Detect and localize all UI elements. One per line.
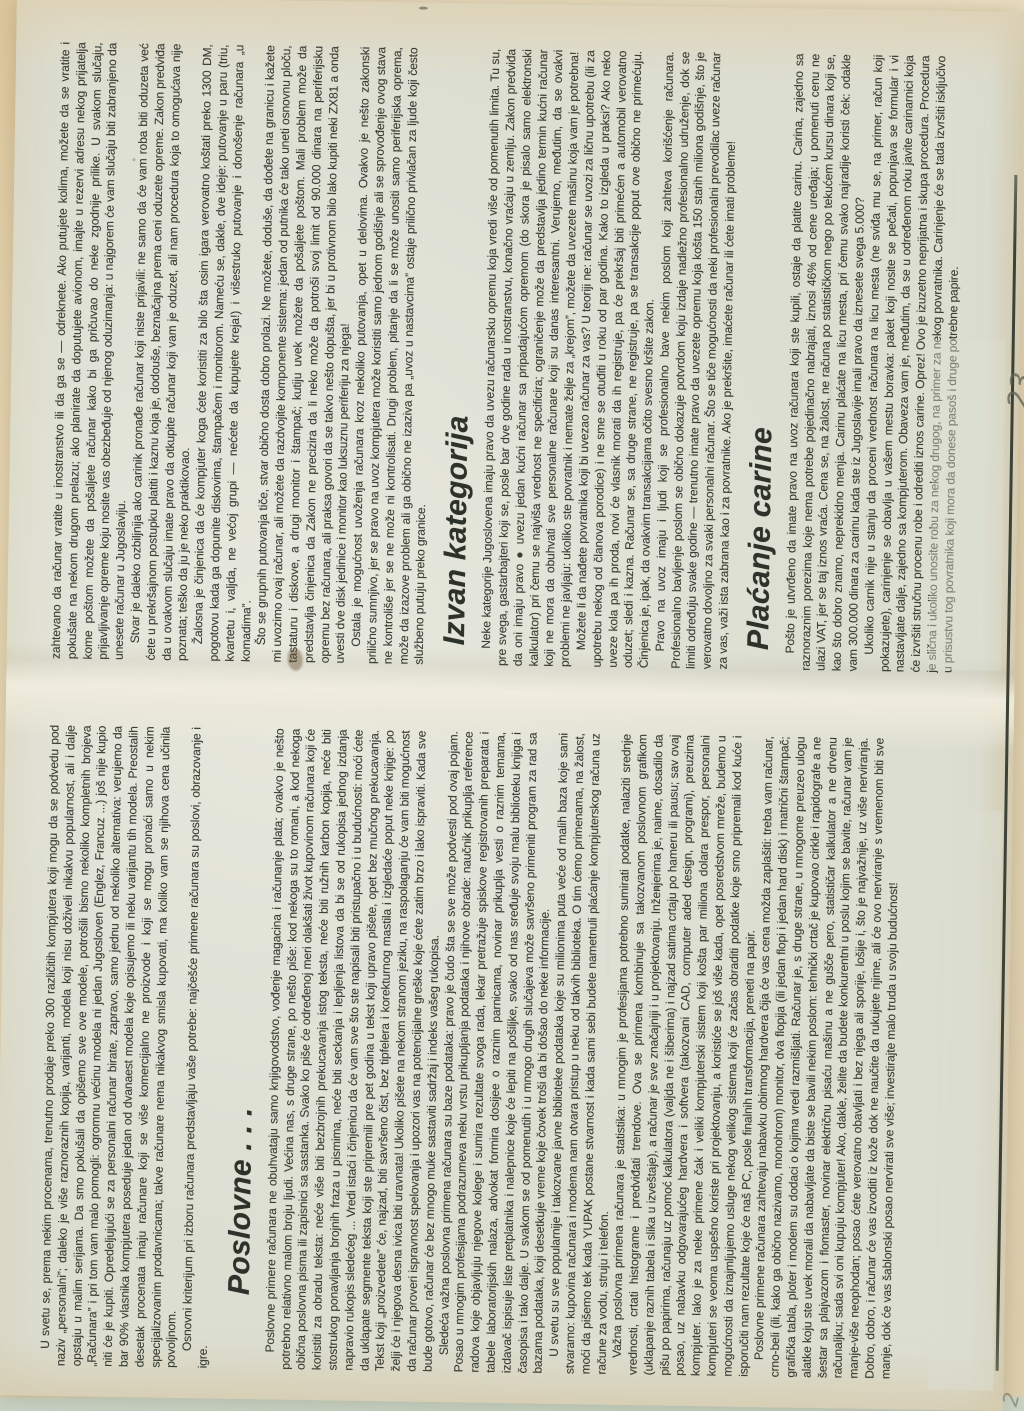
section-heading: Plaćanje carine	[742, 53, 785, 650]
footer-rule	[996, 175, 1018, 1371]
magazine-paper: U svetu se, prema nekim procenama, trenu…	[0, 0, 1024, 1411]
pencil-page-number: 23	[1001, 370, 1024, 411]
section-heading: Izvan kategorija	[438, 48, 481, 645]
text-column-right: zahtevano da računar vratite u inostrans…	[49, 42, 966, 673]
ink-showthrough	[562, 854, 628, 975]
paragraph: Žalosna je činjenica da će kompjuter kog…	[191, 44, 264, 662]
paragraph: Poslovne primene računara zahtevaju naba…	[752, 736, 904, 1379]
faded-ink-area	[927, 810, 1002, 1391]
scanned-magazine-page: U svetu se, prema nekim procenama, trenu…	[0, 0, 1024, 1411]
pencil-corner-mark: 2	[998, 1390, 1024, 1409]
dust-speck	[655, 886, 659, 890]
ink-showthrough	[797, 373, 858, 461]
paragraph: Stvar je daleko ozbiljnija ako carinik p…	[128, 43, 201, 661]
dust-speck	[132, 158, 135, 161]
paragraph: Što se grupnih putovanja tiče, stvar obi…	[254, 45, 358, 663]
ink-blot	[288, 649, 303, 671]
paragraph: U svetu su sve popularnije i takozvane j…	[547, 733, 620, 1375]
dust-speck	[419, 7, 428, 10]
section-heading: Poslovne . . .	[222, 728, 265, 1295]
paragraph: U svetu se, prema nekim procenama, trenu…	[38, 725, 190, 1368]
paragraph: Sledeća važna poslovna primena računara …	[436, 731, 557, 1374]
paragraph: zahtevano da računar vratite u inostrans…	[49, 42, 138, 660]
text-column-left: U svetu se, prema nekim procenama, trenu…	[38, 725, 905, 1379]
paragraph: Pošto je utvrđeno da imate pravo na uvoz…	[782, 53, 871, 671]
paragraph: Poslovne primere računara ne obuhvataju …	[262, 728, 446, 1372]
paragraph: Možete li da nađete povratnika koji bi u…	[573, 50, 662, 668]
paragraph: Ukoliko carnik nije u stanju da proceni …	[861, 55, 965, 673]
paragraph: Pravo na uvoz imaju i ljudi koji se prof…	[652, 51, 741, 669]
paragraph: Ostala je mogućnost uvoženja računara kr…	[349, 47, 438, 665]
paragraph: Neke kategorije Jugoslovena imaju pravo …	[479, 49, 583, 667]
paragraph: Važna poslovna primena računara je stati…	[610, 734, 762, 1377]
rotated-page-content: U svetu se, prema nekim procenama, trenu…	[0, 0, 1024, 1411]
